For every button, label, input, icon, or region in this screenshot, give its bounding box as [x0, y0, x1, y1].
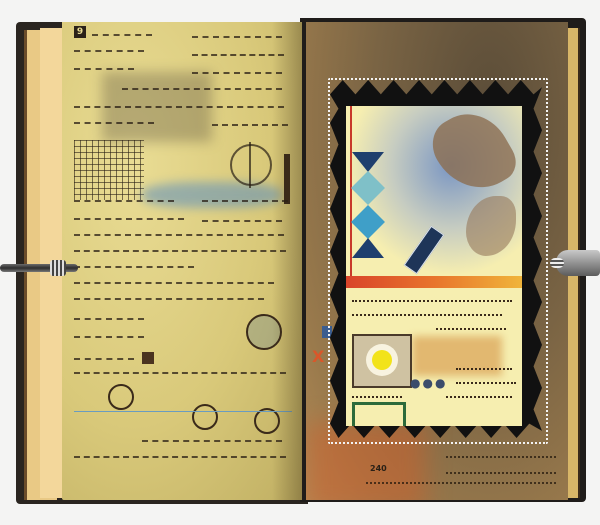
- script-text: [74, 352, 134, 360]
- script-text: [352, 392, 402, 398]
- page-number: 240: [370, 464, 387, 473]
- triangle-icon: [352, 238, 384, 258]
- script-text: [366, 478, 556, 484]
- script-text: [74, 228, 284, 236]
- three-dots-icon: ●●●: [410, 376, 447, 390]
- script-text: [212, 118, 288, 126]
- script-text: [202, 214, 282, 222]
- script-text: [74, 312, 144, 320]
- script-text: [74, 244, 286, 252]
- script-text: [74, 330, 144, 338]
- hand-clasp: [556, 250, 600, 276]
- color-bar: [346, 276, 522, 288]
- ochre-wash: [412, 336, 502, 376]
- script-text: [74, 116, 154, 124]
- script-text: [74, 194, 174, 202]
- script-text: [74, 276, 274, 284]
- script-text: [74, 44, 144, 52]
- script-text: [142, 434, 282, 442]
- green-box: [352, 402, 406, 426]
- script-text: [192, 30, 282, 38]
- script-text: [74, 62, 134, 70]
- script-text: [446, 468, 556, 474]
- sun-box: [352, 334, 412, 388]
- script-text: [352, 296, 512, 302]
- map-route-line: [74, 411, 292, 412]
- page-marker: 9: [74, 26, 86, 38]
- script-text: [92, 28, 152, 36]
- compass-rose-icon: [230, 144, 272, 186]
- script-text: [202, 194, 288, 202]
- script-text: [122, 82, 282, 90]
- left-page: 9: [62, 22, 302, 500]
- script-text: [74, 212, 184, 220]
- script-text: [446, 452, 556, 458]
- script-text: [446, 392, 512, 398]
- pin-coil: [50, 260, 66, 276]
- script-text: [74, 450, 286, 458]
- right-page: X ●●● 240: [306, 22, 568, 500]
- script-text: [74, 260, 194, 268]
- script-text: [74, 366, 286, 374]
- script-text: [436, 324, 506, 330]
- square-marker: [142, 352, 154, 364]
- vertical-bar: [284, 154, 290, 204]
- sun-icon: [372, 350, 392, 370]
- script-text: [456, 364, 512, 370]
- painted-inset: ●●●: [346, 106, 522, 426]
- script-text: [192, 48, 284, 56]
- script-text: [74, 100, 284, 108]
- ring-marker: [192, 404, 218, 430]
- metal-pin: [0, 264, 78, 272]
- script-text: [74, 292, 264, 300]
- ring-marker: [108, 384, 134, 410]
- script-text: [192, 66, 282, 74]
- triangle-icon: [352, 152, 384, 172]
- globe-diagram: [246, 314, 282, 350]
- x-mark: X: [312, 347, 324, 366]
- script-text: [352, 310, 502, 316]
- script-text: [456, 378, 516, 384]
- book-photo: 9 X: [0, 0, 600, 525]
- grid-map: [74, 140, 144, 200]
